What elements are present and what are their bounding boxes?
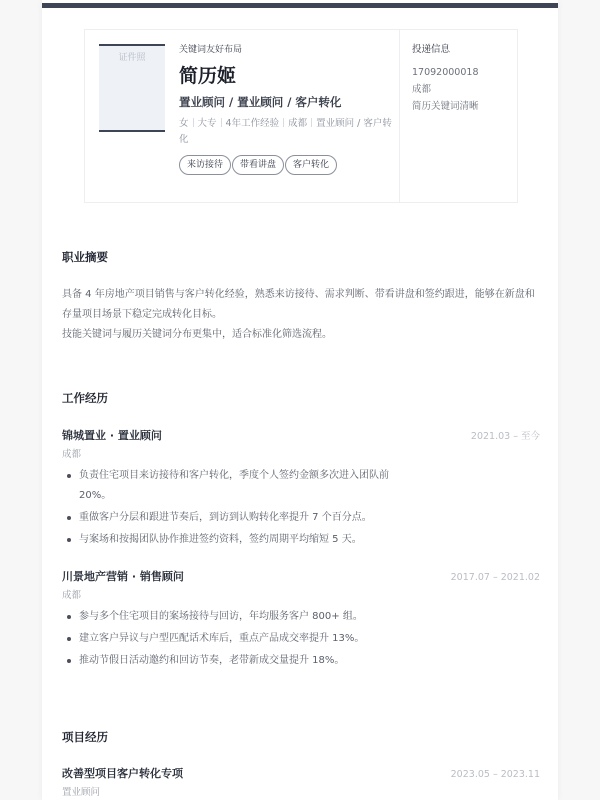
- job-bullet: 建立客户异议与户型匹配话术库后，重点产品成交率提升 13%。: [62, 629, 422, 649]
- project-role: 置业顾问: [62, 786, 540, 800]
- application-info: 投递信息 17092000018 成都 简历关键词清晰: [412, 44, 512, 115]
- job-date: 2021.03 – 至今: [471, 428, 540, 442]
- project-date: 2023.05 – 2023.11: [451, 769, 540, 780]
- resume-page: 证件照 关键词友好布局 简历姬 置业顾问 / 置业顾问 / 客户转化 女大专4年…: [42, 0, 558, 800]
- job-title: 川景地产营销 · 销售顾问: [62, 568, 184, 584]
- job-bullets: 参与多个住宅项目的案场接待与回访，年均服务客户 800+ 组。 建立客户异议与户…: [62, 607, 540, 671]
- application-city: 成都: [412, 81, 512, 98]
- skill-tags: 来访接待 带看讲盘 客户转化: [179, 155, 394, 175]
- phone-number: 17092000018: [412, 64, 512, 81]
- meta-divider: [193, 118, 194, 127]
- work-title: 工作经历: [62, 390, 108, 406]
- job-bullet: 参与多个住宅项目的案场接待与回访，年均服务客户 800+ 组。: [62, 607, 422, 627]
- meta-divider: [311, 118, 312, 127]
- summary-paragraph: 具备 4 年房地产项目销售与客户转化经验，熟悉来访接待、需求判断、带看讲盘和签约…: [62, 285, 540, 325]
- job-date: 2017.07 – 2021.02: [451, 572, 540, 583]
- meta-divider: [283, 118, 284, 127]
- meta-education: 大专: [198, 118, 217, 129]
- candidate-name: 简历姬: [179, 63, 394, 89]
- summary-paragraph: 技能关键词与履历关键词分布更集中，适合标准化筛选流程。: [62, 325, 540, 345]
- header-main: 关键词友好布局 简历姬 置业顾问 / 置业顾问 / 客户转化 女大专4年工作经验…: [179, 44, 394, 175]
- skill-tag: 带看讲盘: [232, 155, 284, 175]
- summary-title: 职业摘要: [62, 249, 108, 265]
- photo-label: 证件照: [99, 50, 165, 63]
- target-position: 置业顾问 / 置业顾问 / 客户转化: [179, 94, 394, 110]
- projects-title: 项目经历: [62, 729, 108, 745]
- job-bullet: 负责住宅项目来访接待和客户转化，季度个人签约金额多次进入团队前 20%。: [62, 466, 422, 506]
- meta-gender: 女: [179, 118, 189, 129]
- top-accent-bar: [42, 3, 558, 8]
- header-card: 证件照 关键词友好布局 简历姬 置业顾问 / 置业顾问 / 客户转化 女大专4年…: [84, 29, 518, 203]
- skill-tag: 客户转化: [285, 155, 337, 175]
- job-entry: 锦城置业 · 置业顾问 2021.03 – 至今 成都 负责住宅项目来访接待和客…: [62, 427, 540, 552]
- job-location: 成都: [62, 448, 540, 462]
- header-divider: [399, 30, 400, 202]
- photo-placeholder: 证件照: [99, 44, 165, 132]
- skill-tag: 来访接待: [179, 155, 231, 175]
- meta-experience: 4年工作经验: [226, 118, 280, 129]
- application-note: 简历关键词清晰: [412, 98, 512, 115]
- job-location: 成都: [62, 589, 540, 603]
- job-bullet: 与案场和按揭团队协作推进签约资料，签约周期平均缩短 5 天。: [62, 530, 422, 550]
- application-info-title: 投递信息: [412, 44, 512, 56]
- job-bullets: 负责住宅项目来访接待和客户转化，季度个人签约金额多次进入团队前 20%。 重做客…: [62, 466, 540, 550]
- meta-divider: [221, 118, 222, 127]
- project-entry: 改善型项目客户转化专项 2023.05 – 2023.11 置业顾问: [62, 765, 540, 800]
- job-bullet: 推动节假日活动邀约和回访节奏，老带新成交量提升 18%。: [62, 651, 422, 671]
- meta-city: 成都: [288, 118, 307, 129]
- layout-eyebrow: 关键词友好布局: [179, 44, 394, 56]
- candidate-meta: 女大专4年工作经验成都置业顾问 / 客户转化: [179, 116, 394, 148]
- job-bullet: 重做客户分层和跟进节奏后，到访到认购转化率提升 7 个百分点。: [62, 508, 422, 528]
- job-entry: 川景地产营销 · 销售顾问 2017.07 – 2021.02 成都 参与多个住…: [62, 568, 540, 673]
- project-title: 改善型项目客户转化专项: [62, 765, 183, 781]
- job-title: 锦城置业 · 置业顾问: [62, 427, 162, 443]
